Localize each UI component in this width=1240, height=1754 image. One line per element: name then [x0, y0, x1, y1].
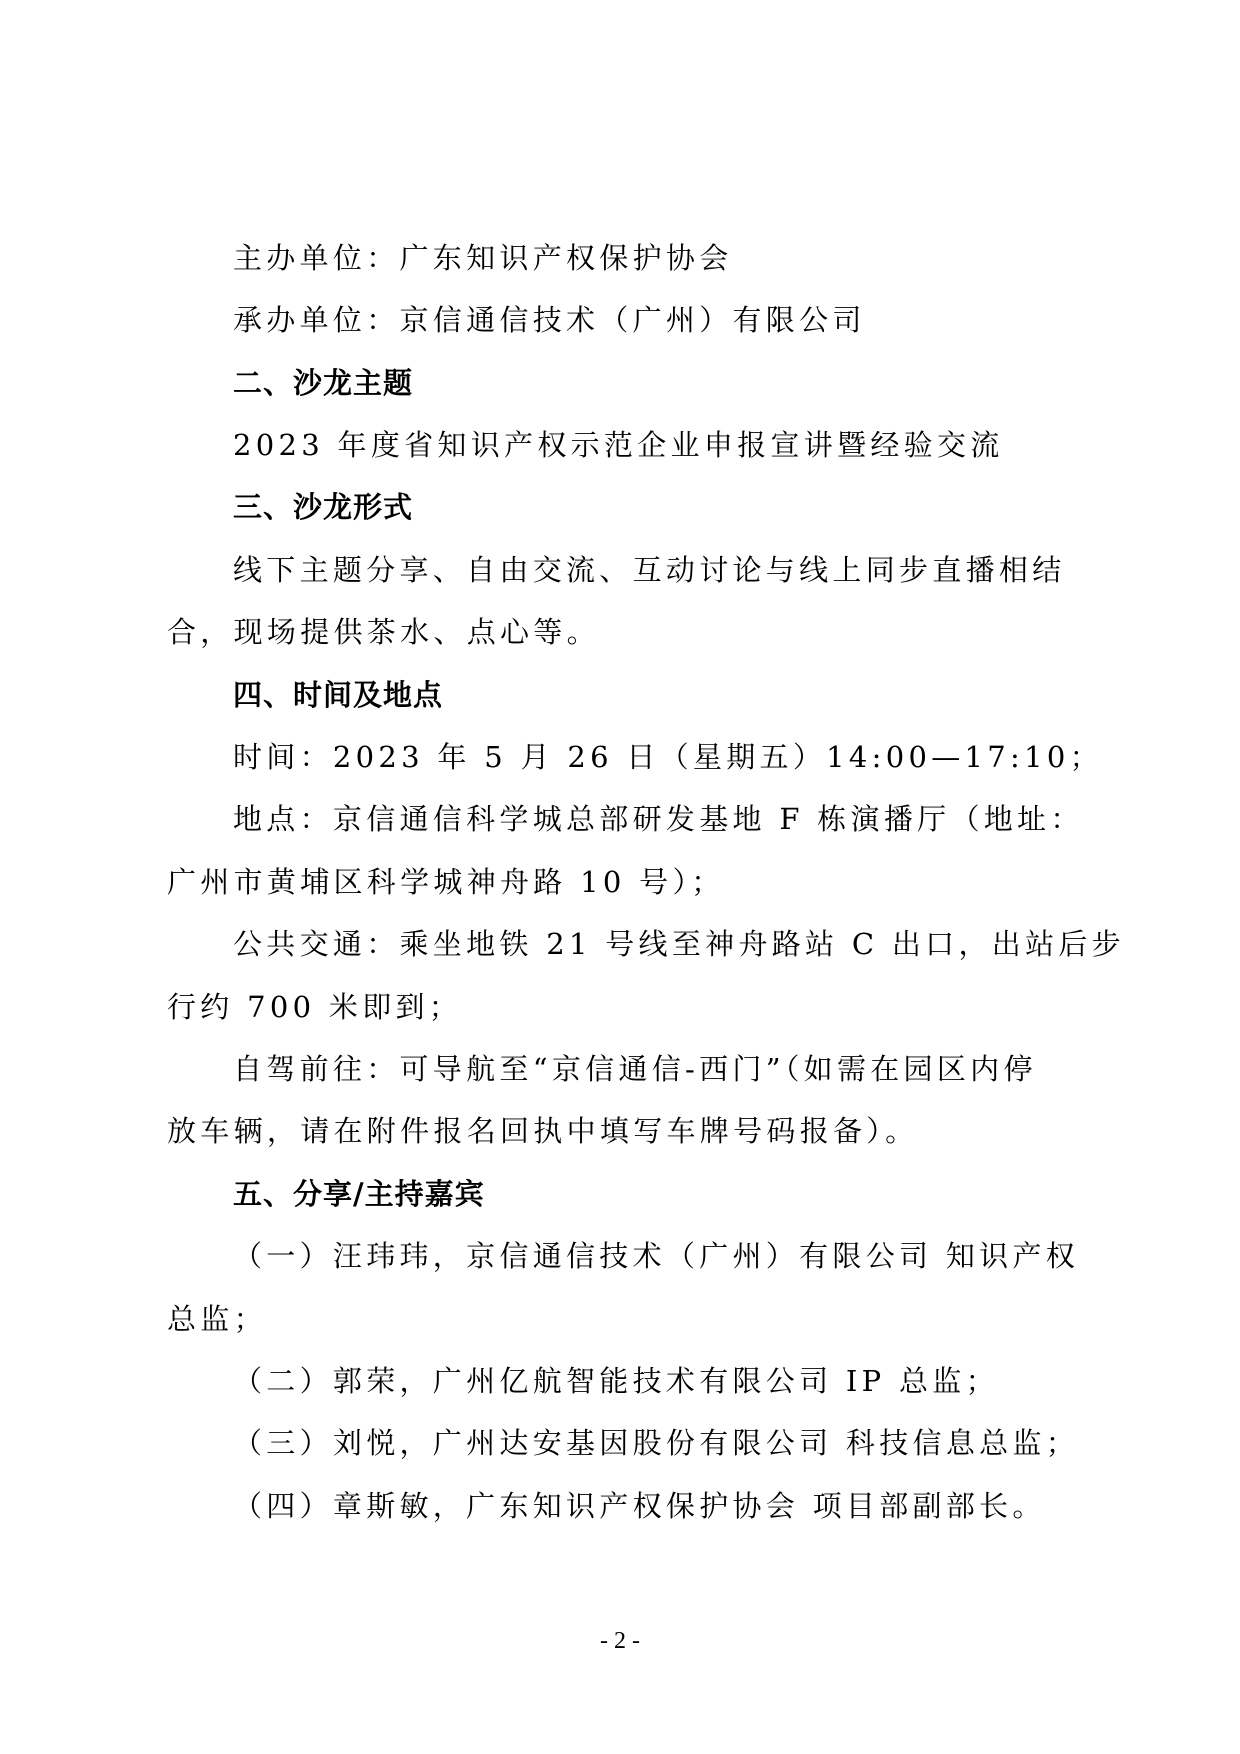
format-text-line-2: 合，现场提供茶水、点心等。	[167, 612, 1077, 652]
guest-1-line-2: 总监；	[167, 1299, 1077, 1339]
section-heading-time-place: 四、时间及地点	[233, 675, 1143, 715]
section-heading-format: 三、沙龙形式	[233, 487, 1143, 527]
guest-2-line: （二）郭荣，广州亿航智能技术有限公司 IP 总监；	[233, 1361, 1143, 1401]
time-line: 时间：2023 年 5 月 26 日（星期五）14:00—17:10；	[233, 737, 1143, 777]
driving-line-2: 放车辆，请在附件报名回执中填写车牌号码报备）。	[167, 1111, 1077, 1151]
driving-line-1: 自驾前往：可导航至“京信通信-西门”（如需在园区内停	[233, 1049, 1143, 1089]
co-organizer-line: 承办单位：京信通信技术（广州）有限公司	[233, 300, 1143, 340]
document-page: 主办单位：广东知识产权保护协会 承办单位：京信通信技术（广州）有限公司 二、沙龙…	[0, 0, 1240, 1754]
place-line-1: 地点：京信通信科学城总部研发基地 F 栋演播厅（地址：	[233, 799, 1143, 839]
page-number: - 2 -	[0, 1626, 1240, 1656]
transit-line-2: 行约 700 米即到；	[167, 987, 1077, 1027]
section-heading-guests: 五、分享/主持嘉宾	[233, 1174, 1143, 1214]
transit-line-1: 公共交通：乘坐地铁 21 号线至神舟路站 C 出口，出站后步	[233, 924, 1143, 964]
place-line-2: 广州市黄埔区科学城神舟路 10 号）；	[167, 862, 1077, 902]
guest-1-line-1: （一）汪玮玮，京信通信技术（广州）有限公司 知识产权	[233, 1236, 1143, 1276]
format-text-line-1: 线下主题分享、自由交流、互动讨论与线上同步直播相结	[233, 550, 1143, 590]
organizer-line: 主办单位：广东知识产权保护协会	[233, 238, 1143, 278]
guest-3-line: （三）刘悦，广州达安基因股份有限公司 科技信息总监；	[233, 1423, 1143, 1463]
guest-4-line: （四）章斯敏，广东知识产权保护协会 项目部副部长。	[233, 1486, 1143, 1526]
theme-text: 2023 年度省知识产权示范企业申报宣讲暨经验交流	[233, 425, 1143, 465]
section-heading-theme: 二、沙龙主题	[233, 363, 1143, 403]
